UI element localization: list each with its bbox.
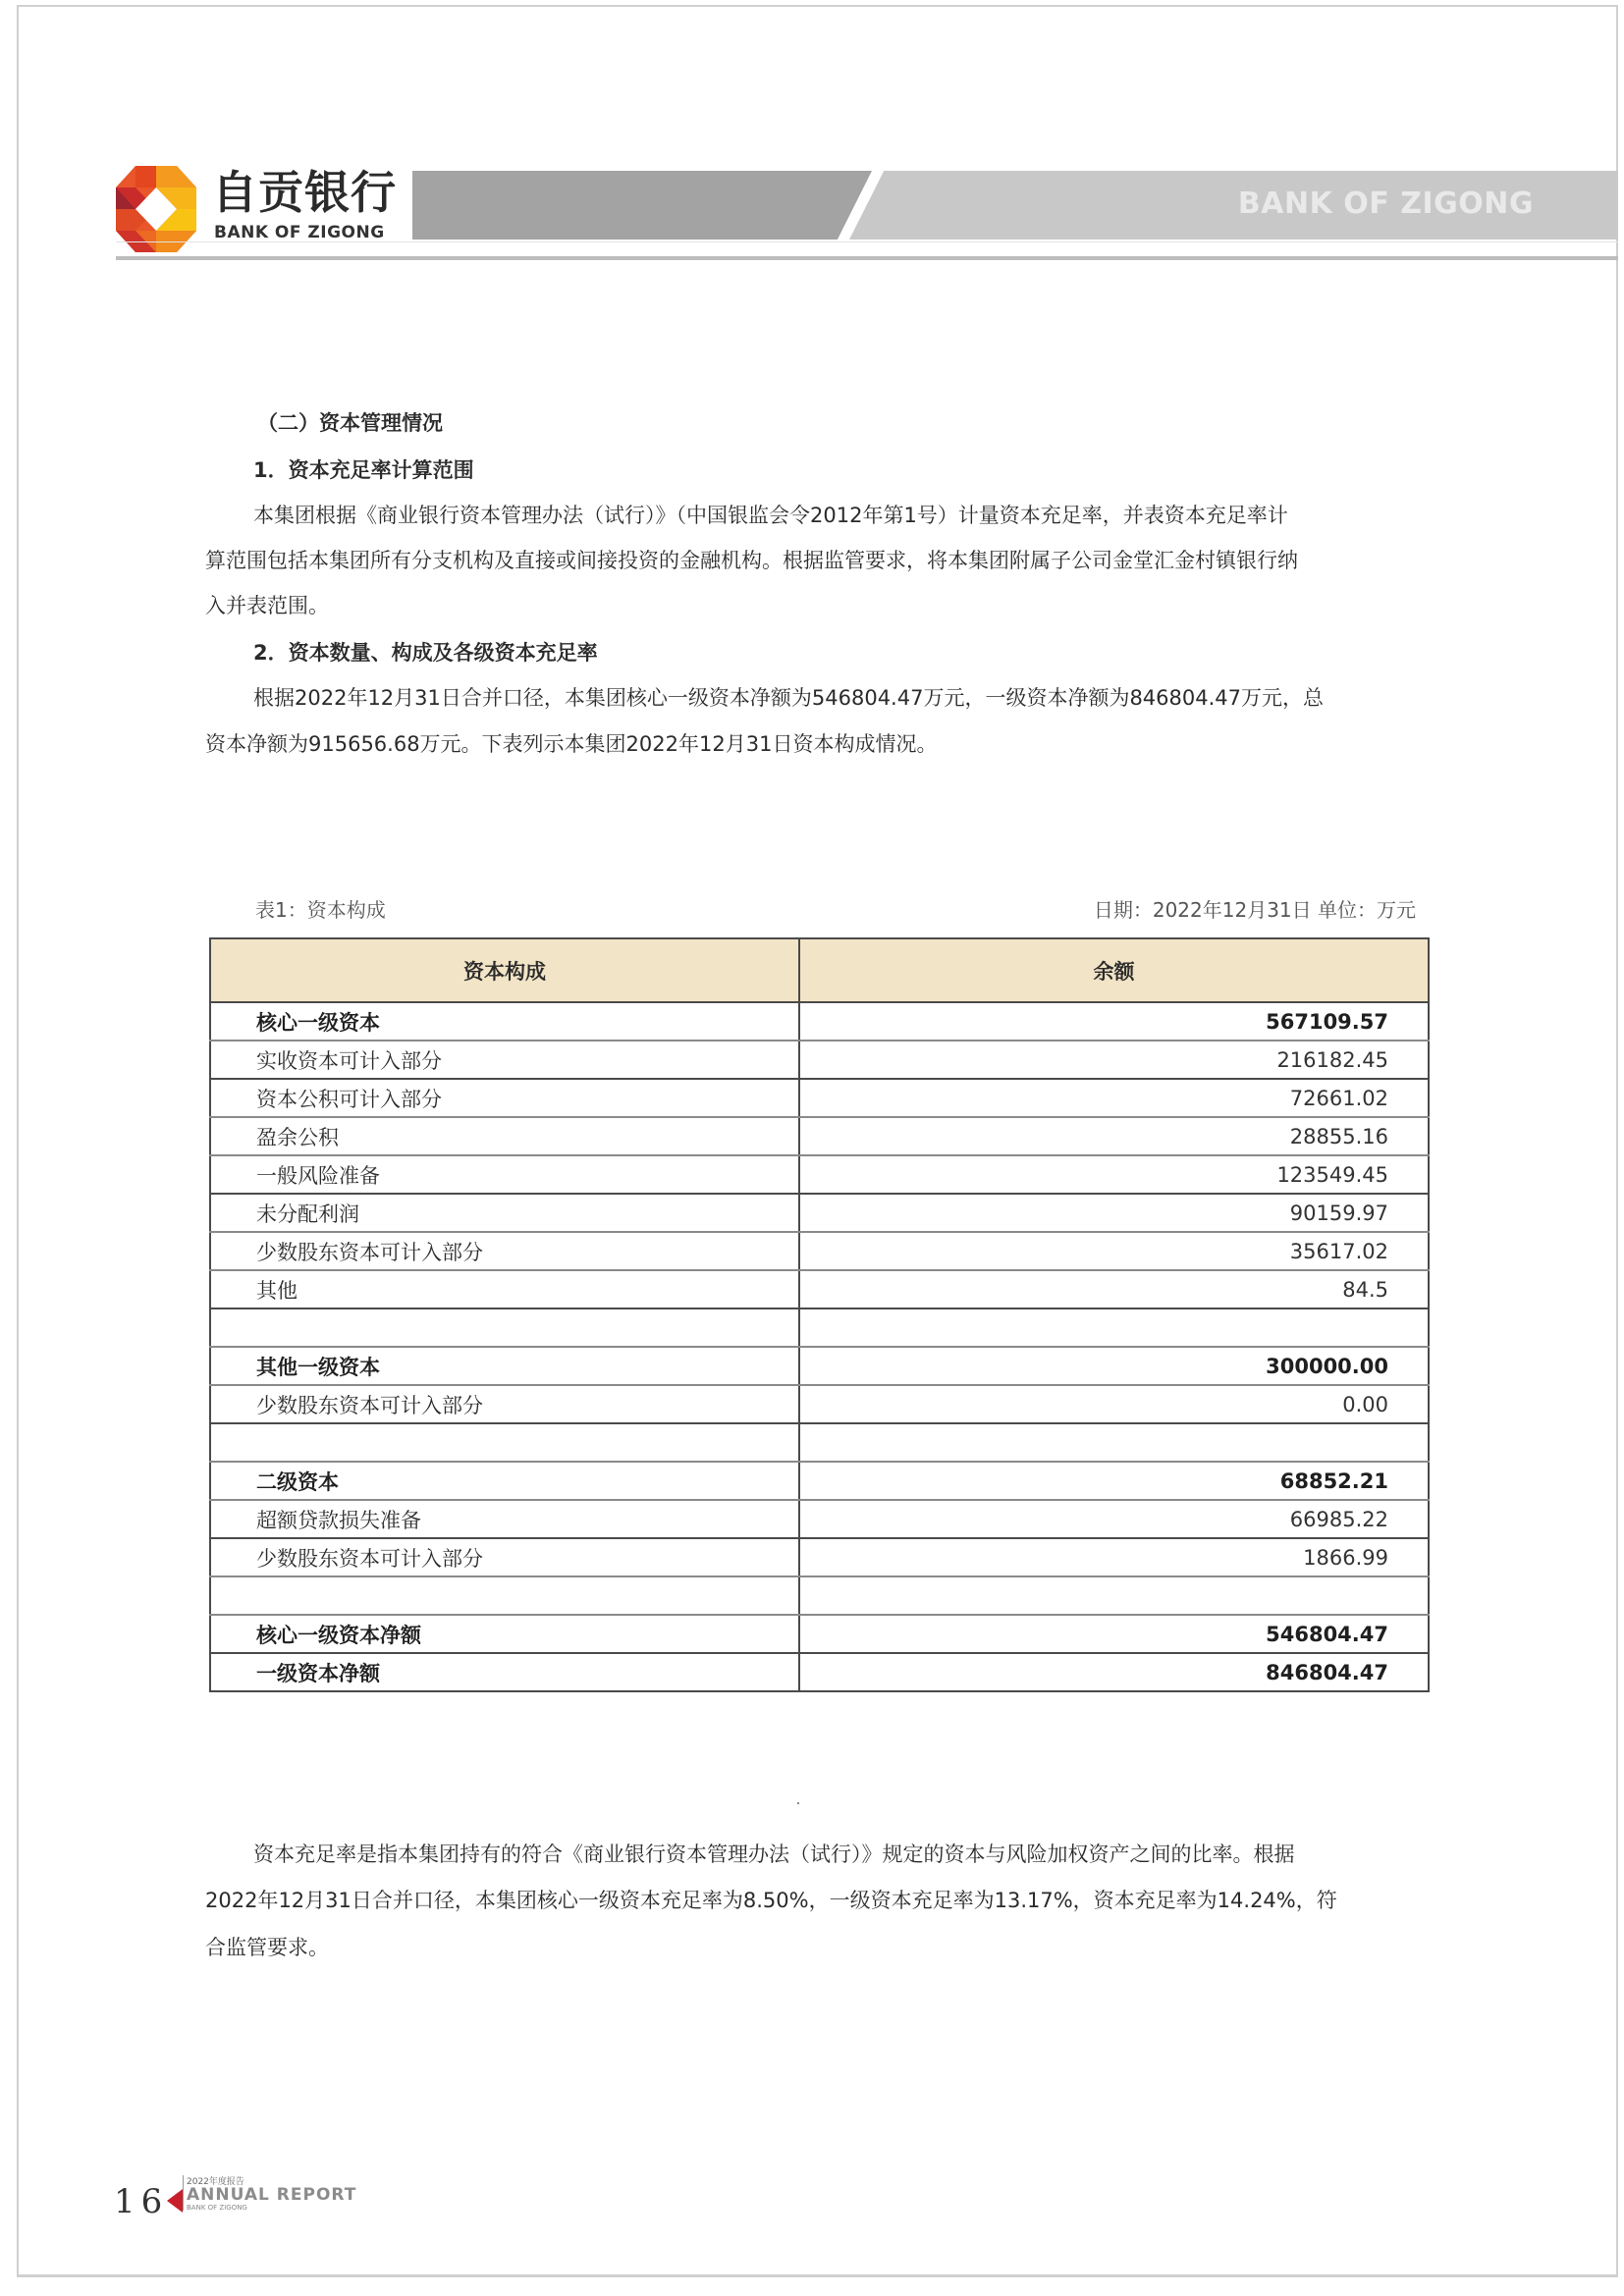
header-banner-dark — [412, 171, 872, 240]
row-label: 实收资本可计入部分 — [210, 1041, 799, 1079]
row-value: 28855.16 — [799, 1117, 1429, 1155]
paragraph-line: 资本充足率是指本集团持有的符合《商业银行资本管理办法（试行）》规定的资本与风险加… — [253, 1842, 1295, 1866]
row-label: 少数股东资本可计入部分 — [210, 1232, 799, 1270]
row-value: 216182.45 — [799, 1041, 1429, 1079]
table-row: 一般风险准备123549.45 — [210, 1155, 1429, 1194]
paragraph-line: 根据2022年12月31日合并口径，本集团核心一级资本净额为546804.47万… — [253, 686, 1324, 710]
header-banner-text: BANK OF ZIGONG — [1238, 187, 1534, 221]
footer-annual-report: ANNUAL REPORT — [187, 2185, 356, 2205]
row-label: 盈余公积 — [210, 1117, 799, 1155]
paragraph-line: 入并表范围。 — [205, 594, 329, 617]
table-date-unit: 日期：2022年12月31日 单位：万元 — [1094, 894, 1416, 923]
row-label: 超额贷款损失准备 — [210, 1500, 799, 1538]
header-divider-thin — [116, 241, 1618, 242]
header-divider — [116, 256, 1618, 260]
paragraph-line: 2022年12月31日合并口径，本集团核心一级资本充足率为8.50%，一级资本充… — [205, 1889, 1337, 1912]
row-label: 核心一级资本 — [210, 1002, 799, 1041]
row-value: 84.5 — [799, 1270, 1429, 1308]
row-value: 300000.00 — [799, 1347, 1429, 1385]
row-label: 一级资本净额 — [210, 1653, 799, 1691]
row-label: 少数股东资本可计入部分 — [210, 1538, 799, 1576]
row-value: 846804.47 — [799, 1653, 1429, 1691]
footer-bank-name: BANK OF ZIGONG — [187, 2204, 247, 2212]
capital-composition-table: 资本构成 余额 核心一级资本567109.57 实收资本可计入部分216182.… — [209, 937, 1430, 1692]
row-label: 资本公积可计入部分 — [210, 1079, 799, 1117]
row-label: 二级资本 — [210, 1462, 799, 1500]
row-label — [210, 1308, 799, 1347]
table-row: 核心一级资本567109.57 — [210, 1002, 1429, 1041]
stray-mark — [797, 1802, 799, 1804]
brand-name-cn: 自贡银行 — [212, 165, 397, 220]
row-label: 其他 — [210, 1270, 799, 1308]
row-value: 72661.02 — [799, 1079, 1429, 1117]
table-row: 二级资本68852.21 — [210, 1462, 1429, 1500]
bank-logo-icon — [116, 166, 196, 252]
table-row: 实收资本可计入部分216182.45 — [210, 1041, 1429, 1079]
row-value: 1866.99 — [799, 1538, 1429, 1576]
table-row: 其他84.5 — [210, 1270, 1429, 1308]
subsection-heading-1: 1．资本充足率计算范围 — [253, 458, 474, 482]
table-row: 一级资本净额846804.47 — [210, 1653, 1429, 1691]
table-row: 少数股东资本可计入部分0.00 — [210, 1385, 1429, 1423]
column-header: 资本构成 — [210, 938, 799, 1002]
row-label: 少数股东资本可计入部分 — [210, 1385, 799, 1423]
table-row: 资本公积可计入部分72661.02 — [210, 1079, 1429, 1117]
table-row: 超额贷款损失准备66985.22 — [210, 1500, 1429, 1538]
table-row-empty — [210, 1423, 1429, 1462]
table-row-empty — [210, 1576, 1429, 1615]
row-value: 68852.21 — [799, 1462, 1429, 1500]
section-heading: （二）资本管理情况 — [257, 411, 443, 435]
page-number: 16 — [114, 2182, 168, 2221]
row-value: 123549.45 — [799, 1155, 1429, 1194]
table-row: 盈余公积28855.16 — [210, 1117, 1429, 1155]
row-label: 其他一级资本 — [210, 1347, 799, 1385]
row-label — [210, 1576, 799, 1615]
table-caption: 表1：资本构成 — [255, 894, 386, 923]
subsection-heading-2: 2．资本数量、构成及各级资本充足率 — [253, 641, 598, 665]
row-value — [799, 1576, 1429, 1615]
row-value: 66985.22 — [799, 1500, 1429, 1538]
row-label — [210, 1423, 799, 1462]
row-value — [799, 1423, 1429, 1462]
row-label: 一般风险准备 — [210, 1155, 799, 1194]
paragraph-line: 合监管要求。 — [205, 1936, 329, 1959]
paragraph-line: 本集团根据《商业银行资本管理办法（试行）》（中国银监会令2012年第1号）计量资… — [253, 504, 1288, 527]
row-value: 567109.57 — [799, 1002, 1429, 1041]
row-value — [799, 1308, 1429, 1347]
footer-separator — [183, 2175, 184, 2211]
row-label: 未分配利润 — [210, 1194, 799, 1232]
table-row: 少数股东资本可计入部分35617.02 — [210, 1232, 1429, 1270]
table-row-empty — [210, 1308, 1429, 1347]
row-value: 546804.47 — [799, 1615, 1429, 1653]
paragraph-line: 算范围包括本集团所有分支机构及直接或间接投资的金融机构。根据监管要求，将本集团附… — [205, 549, 1298, 572]
row-value: 0.00 — [799, 1385, 1429, 1423]
brand-name-en: BANK OF ZIGONG — [214, 223, 385, 242]
column-header: 余额 — [799, 938, 1429, 1002]
table-header-row: 资本构成 余额 — [210, 938, 1429, 1002]
paragraph-line: 资本净额为915656.68万元。下表列示本集团2022年12月31日资本构成情… — [205, 732, 937, 756]
row-value: 35617.02 — [799, 1232, 1429, 1270]
table-row: 核心一级资本净额546804.47 — [210, 1615, 1429, 1653]
row-label: 核心一级资本净额 — [210, 1615, 799, 1653]
triangle-marker-icon — [167, 2189, 183, 2213]
row-value: 90159.97 — [799, 1194, 1429, 1232]
table-row: 未分配利润90159.97 — [210, 1194, 1429, 1232]
table-row: 少数股东资本可计入部分1866.99 — [210, 1538, 1429, 1576]
table-row: 其他一级资本300000.00 — [210, 1347, 1429, 1385]
